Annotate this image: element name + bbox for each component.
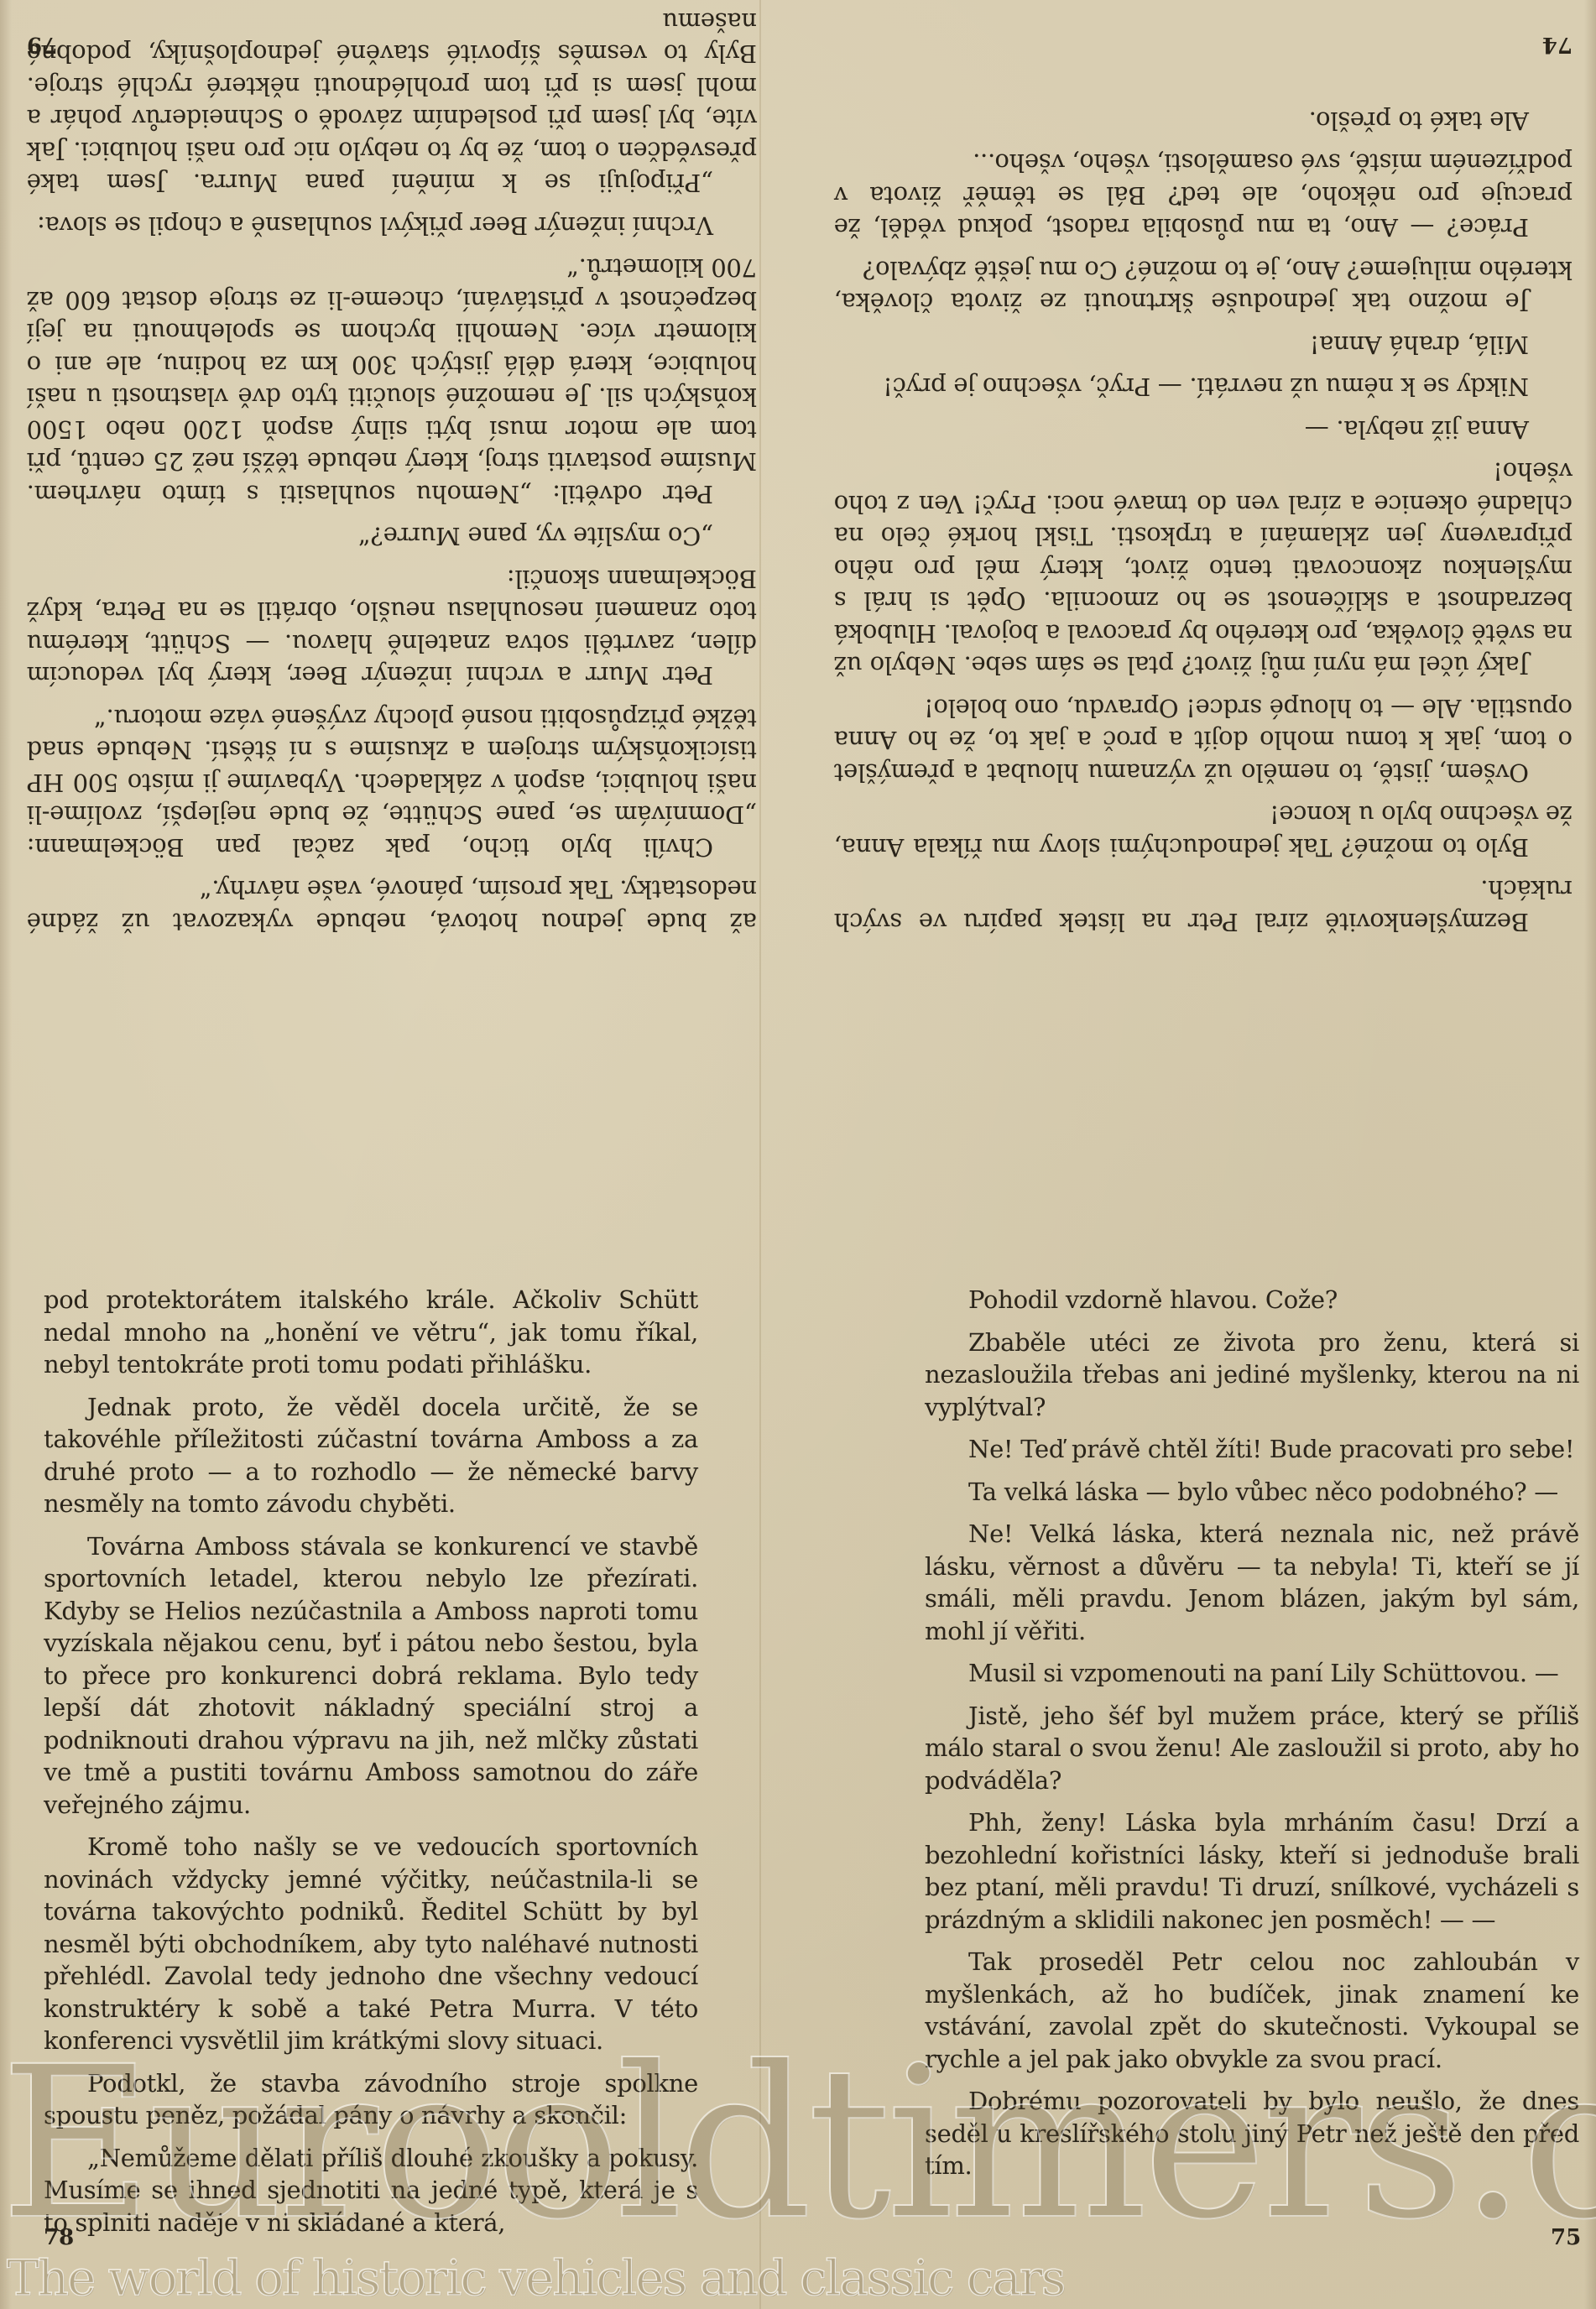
page-75-text: Pohodil vzdorně hlavou. Cože? Zbaběle ut…: [925, 1284, 1579, 2182]
upside-down-pages: 74 Bezmyšlenkovitě zíral Petr na lístek …: [0, 0, 1596, 1032]
paragraph: Dobrému pozorovateli by bylo neušlo, že …: [925, 2085, 1579, 2182]
paragraph: Ale také to přešlo.: [834, 105, 1573, 138]
paragraph: Jednak proto, že věděl docela určitě, že…: [44, 1391, 698, 1520]
page-number-75: 75: [1551, 2225, 1581, 2250]
paragraph: Tak proseděl Petr celou noc zahloubán v …: [925, 1946, 1579, 2075]
paragraph: Vrchní inženýr Beer přikývl souhlasně a …: [27, 210, 757, 242]
paragraph: Továrna Amboss stávala se konkurencí ve …: [44, 1530, 698, 1822]
paragraph: pod protektorátem italského krále. Ačkol…: [44, 1284, 698, 1381]
paragraph: Práce? — Ano, ta mu působila radost, pok…: [834, 147, 1573, 244]
paragraph: Ta velká láska — bylo vůbec něco podobné…: [925, 1476, 1579, 1509]
paragraph: Petr odvětil: „Nemohu souhlasiti s tímto…: [27, 252, 757, 510]
paragraph: Bylo to možné? Tak jednoduchými slovy mu…: [834, 799, 1573, 863]
watermark-tagline: The world of historic vehicles and class…: [7, 2254, 1064, 2302]
paragraph: „Co myslíte vy, pane Murre?“: [27, 520, 757, 553]
paragraph: Je možno tak jednoduše škrtnouti ze živo…: [834, 254, 1573, 319]
paragraph: Podotkl, že stavba závodního stroje spol…: [44, 2067, 698, 2132]
paragraph: Chvíli bylo ticho, pak začal pan Böckelm…: [27, 702, 757, 864]
paragraph: Phh, ženy! Láska byla mrháním času! Drzí…: [925, 1806, 1579, 1936]
paragraph: Bezmyšlenkovitě zíral Petr na lístek pap…: [834, 873, 1573, 938]
paragraph: Milá, drahá Anna!: [834, 329, 1573, 362]
paragraph: Petr Murr a vrchní inženýr Beer, který b…: [27, 563, 757, 692]
paragraph: „Nemůžeme dělati příliš dlouhé zkoušky a…: [44, 2142, 698, 2239]
paragraph: Ovšem, jistě, to nemělo už významu hloub…: [834, 692, 1573, 790]
scanned-book-spread: 74 Bezmyšlenkovitě zíral Petr na lístek …: [0, 0, 1596, 2309]
paragraph: Ne! Velká láska, která neznala nic, než …: [925, 1518, 1579, 1647]
paragraph: „Připojuji se k mínění pana Murra. Jsem …: [27, 6, 757, 200]
page-74: 74 Bezmyšlenkovitě zíral Petr na lístek …: [834, 95, 1573, 939]
page-number: 79: [27, 32, 57, 57]
page-79: 79 až bude jednou hotová, nebude vykazov…: [27, 0, 757, 938]
paragraph: Pohodil vzdorně hlavou. Cože?: [925, 1284, 1579, 1316]
paragraph: Ne! Teď právě chtěl žíti! Bude pracovati…: [925, 1433, 1579, 1466]
paragraph: Jistě, jeho šéf byl mužem práce, který s…: [925, 1700, 1579, 1797]
page-75: Pohodil vzdorně hlavou. Cože? Zbaběle ut…: [925, 1284, 1579, 2192]
page-74-text: Bezmyšlenkovitě zíral Petr na lístek pap…: [834, 105, 1573, 939]
paragraph: Jaký účel má nyní můj život? ptal se sám…: [834, 456, 1573, 682]
page-78-text: pod protektorátem italského krále. Ačkol…: [44, 1284, 698, 2239]
page-number-78: 78: [44, 2225, 74, 2250]
paragraph: Nikdy se k němu už nevrátí. — Pryč, všec…: [834, 371, 1573, 404]
paragraph: až bude jednou hotová, nebude vykazovat …: [27, 873, 757, 938]
paragraph: Kromě toho našly se ve vedoucích sportov…: [44, 1831, 698, 2057]
paragraph: Musil si vzpomenouti na paní Lily Schütt…: [925, 1657, 1579, 1690]
page-78: pod protektorátem italského krále. Ačkol…: [44, 1284, 698, 2249]
page-79-text: až bude jednou hotová, nebude vykazovat …: [27, 6, 757, 939]
paragraph: Anna již nebyla. —: [834, 414, 1573, 446]
page-number: 74: [1542, 32, 1573, 57]
paragraph: Zbaběle utéci ze života pro ženu, která …: [925, 1327, 1579, 1424]
